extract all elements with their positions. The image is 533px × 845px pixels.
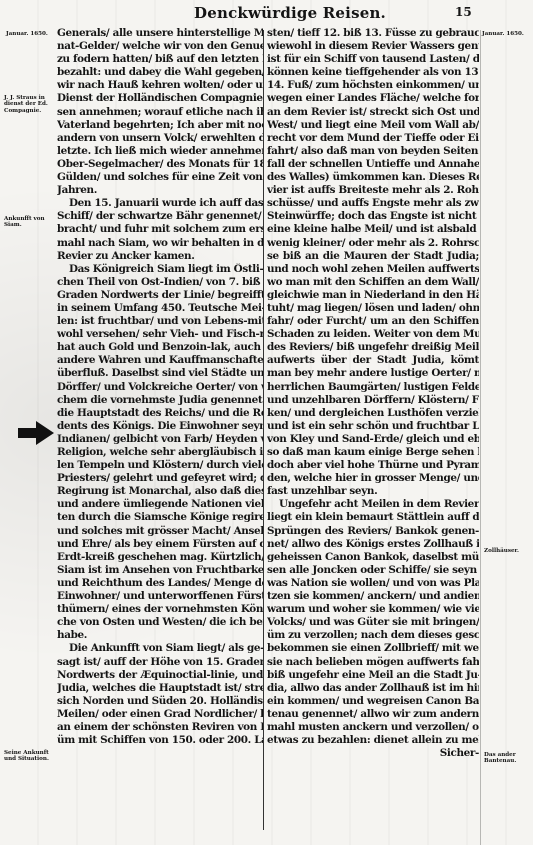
pointing-hand-icon bbox=[16, 420, 56, 446]
text-line: etwas zu bezahlen: dienet allein zu mehr… bbox=[267, 734, 479, 747]
text-line: sen annehmen; worauf etliche nach ihrem bbox=[57, 106, 263, 119]
text-line: und solches mit grösser Macht/ Ansehen bbox=[57, 525, 263, 538]
text-line: Nordwerts der Æquinoctial-linie, und bbox=[57, 669, 263, 682]
text-line: Vaterland begehrten; Ich aber mit noch bbox=[57, 119, 263, 132]
text-line: wo man mit den Schiffen an dem Wall/ bbox=[267, 276, 479, 289]
text-line: sten/ tieff 12. biß 13. Füsse zu gebrauc… bbox=[267, 27, 479, 40]
text-line: Sicher- bbox=[267, 747, 479, 760]
text-line: und ist ein sehr schön und fruchtbar Lan… bbox=[267, 420, 479, 433]
text-line: biß ungefehr eine Meil an die Stadt Ju- bbox=[267, 669, 479, 682]
text-line: Religion, welche sehr abergläubisch in v… bbox=[57, 446, 263, 459]
text-line: tenau genennet/ allwo wir zum andern bbox=[267, 708, 479, 721]
text-line: Das Königreich Siam liegt im Östli- bbox=[57, 263, 263, 276]
text-line: Steinwürffe; doch das Engste ist nicht ü… bbox=[267, 210, 479, 223]
text-line: in seinem Umfang 450. Teutsche Mei- bbox=[57, 302, 263, 315]
text-line: und andere ümliegende Nationen viel Zei- bbox=[57, 498, 263, 511]
text-line: bekommen sie einen Zollbrieff/ mit welch… bbox=[267, 642, 479, 655]
text-line: che von Osten und Westen/ die ich bereis… bbox=[57, 616, 263, 629]
text-line: Sprüngen des Reviers/ Bankok genen- bbox=[267, 525, 479, 538]
text-line: ein kommen/ und wegreisen Canon Ban- bbox=[267, 695, 479, 708]
right-column: sten/ tieff 12. biß 13. Füsse zu gebrauc… bbox=[267, 27, 479, 760]
text-line: Ober-Segelmacher/ des Monats für 18. bbox=[57, 158, 263, 171]
text-line: letzte. Ich ließ mich wieder annehmen fü… bbox=[57, 145, 263, 158]
text-line: Siam ist im Ansehen von Fruchtbarkeit/ bbox=[57, 564, 263, 577]
text-line: Meilen/ oder einen Grad Nordlicher/ lieg… bbox=[57, 708, 263, 721]
margin-rule bbox=[480, 30, 481, 845]
margin-note-zollhaus: Zollhäuser. bbox=[484, 548, 532, 554]
text-line: und Ehre/ als bey einem Fürsten auf dem bbox=[57, 538, 263, 551]
text-line: sie nach belieben mögen auffwerts fahren… bbox=[267, 656, 479, 669]
document-page: Denckwürdige Reisen. 15 Januar. 1650. Ja… bbox=[0, 0, 533, 845]
text-line: fahrt/ also daß man von beyden Seiten (i… bbox=[267, 145, 479, 158]
text-line: habe. bbox=[57, 629, 263, 642]
text-line: üm zu verzollen; nach dem dieses gescheh… bbox=[267, 629, 479, 642]
text-line: wir nach Hauß kehren wolten/ oder uns in bbox=[57, 79, 263, 92]
text-line: den, welche hier in grosser Menge/ und bbox=[267, 472, 479, 485]
text-line: net/ allwo des Königs erstes Zollhauß is… bbox=[267, 538, 479, 551]
text-line: vier ist auffs Breiteste mehr als 2. Roh… bbox=[267, 184, 479, 197]
text-line: tzen sie kommen/ anckern/ und andienen/ bbox=[267, 590, 479, 603]
text-line: len Tempeln und Klöstern/ durch viele bbox=[57, 459, 263, 472]
text-line: doch aber viel hohe Thürne und Pyrami- bbox=[267, 459, 479, 472]
text-line: sen alle Joncken oder Schiffe/ sie seyn … bbox=[267, 564, 479, 577]
text-line: Dörffer/ und Volckreiche Oerter/ von wel… bbox=[57, 381, 263, 394]
text-line: von Kley und Sand-Erde/ gleich und eben/ bbox=[267, 433, 479, 446]
text-line: man bey mehr andere lustige Oerter/ mit bbox=[267, 367, 479, 380]
text-line: sagt ist/ auff der Höhe von 15. Graden/ bbox=[57, 656, 263, 669]
margin-date-right: Januar. 1650. bbox=[482, 31, 524, 37]
text-line: und unzehlbaren Dörffern/ Klöstern/ Flek… bbox=[267, 394, 479, 407]
text-line: des Reviers/ biß ungefehr dreißig Meilen bbox=[267, 341, 479, 354]
text-line: an dem Revier ist/ streckt sich Ost und bbox=[267, 106, 479, 119]
text-line: dents des Königs. Die Einwohner seyn bbox=[57, 420, 263, 433]
column-divider bbox=[263, 30, 264, 830]
text-line: ten durch die Siamsche Könige regiret se… bbox=[57, 511, 263, 524]
text-line: 14. Fuß/ zum höchsten einkommen/ und das bbox=[267, 79, 479, 92]
text-line: chen Theil von Ost-Indien/ von 7. biß 8. bbox=[57, 276, 263, 289]
text-line: Die Ankunfft von Siam liegt/ als ge- bbox=[57, 642, 263, 655]
text-line: recht vor dem Mund der Tieffe oder Ein- bbox=[267, 132, 479, 145]
text-line: können keine tieffgehender als von 13. u… bbox=[267, 66, 479, 79]
text-line: Gülden/ und solches für eine Zeit von dr… bbox=[57, 171, 263, 184]
text-line: zu fodern hatten/ biß auf den letzten He… bbox=[57, 53, 263, 66]
text-line: Ungefehr acht Meilen in dem Revier bbox=[267, 498, 479, 511]
text-line: fast unzehlbar seyn. bbox=[267, 485, 479, 498]
text-line: und noch wohl zehen Meilen auffwerts/ al… bbox=[267, 263, 479, 276]
text-line: bezahlt: und dabey die Wahl gegeben/ ob bbox=[57, 66, 263, 79]
text-line: Einwohner/ und unterworffenen Fürsten- bbox=[57, 590, 263, 603]
text-line: Judia, welches die Hauptstadt ist/ strec… bbox=[57, 682, 263, 695]
text-line: wohl versehen/ sehr Vieh- und Fisch-reic… bbox=[57, 328, 263, 341]
text-line: Indianen/ gelbicht von Farb/ Heyden von bbox=[57, 433, 263, 446]
running-title: Denckwürdige Reisen. bbox=[180, 4, 400, 22]
text-line: hat auch Gold und Benzoin-lak, auch viel bbox=[57, 341, 263, 354]
text-line: fahr/ oder Furcht/ um an den Schiffen bbox=[267, 315, 479, 328]
text-line: Revier zu Ancker kamen. bbox=[57, 250, 263, 263]
margin-note-situation: Seine Ankunft und Situation. bbox=[4, 750, 50, 763]
text-line: liegt ein klein bemaurt Stättlein auff d… bbox=[267, 511, 479, 524]
text-line: so daß man kaum einige Berge sehen kan; bbox=[267, 446, 479, 459]
text-line: Schaden zu leiden. Weiter von dem Mund bbox=[267, 328, 479, 341]
margin-note-arrival: Ankunfft von Siam. bbox=[4, 216, 50, 229]
text-line: ist für ein Schiff von tausend Lasten/ d… bbox=[267, 53, 479, 66]
text-line: an einem der schönsten Reviren von Indie… bbox=[57, 721, 263, 734]
text-line: Graden Nordwerts der Linie/ begreifft bbox=[57, 289, 263, 302]
text-line: tuht/ mag liegen/ lösen und laden/ ohne … bbox=[267, 302, 479, 315]
margin-note-bantenau: Das ander Bantenau. bbox=[484, 752, 532, 765]
text-line: mahl musten anckern und verzollen/ ohne bbox=[267, 721, 479, 734]
text-line: mahl nach Siam, wo wir behalten in die bbox=[57, 237, 263, 250]
text-line: die Hauptstadt des Reichs/ und die Resi- bbox=[57, 407, 263, 420]
text-line: Generals/ alle unsere hinterstellige Mo- bbox=[57, 27, 263, 40]
text-line: bracht/ und fuhr mit solchem zum ersten- bbox=[57, 223, 263, 236]
text-line: üm mit Schiffen von 150. oder 200. La- bbox=[57, 734, 263, 747]
text-line: nat-Gelder/ welche wir von den Genuesern bbox=[57, 40, 263, 53]
text-line: aufwerts über der Stadt Judia, kömt bbox=[267, 354, 479, 367]
text-line: wenig kleiner/ oder mehr als 2. Rohrschü… bbox=[267, 237, 479, 250]
text-line: Erdt-kreiß geschehen mag. Kürtzlich/ bbox=[57, 551, 263, 564]
text-line: dia, allwo das ander Zollhauß ist im hin… bbox=[267, 682, 479, 695]
text-line: Den 15. Januarii wurde ich auff das bbox=[57, 197, 263, 210]
text-line: fall der schnellen Untieffe und Annahert bbox=[267, 158, 479, 171]
text-line: se biß an die Mauren der Stadt Judia; bbox=[267, 250, 479, 263]
text-line: des Walles) ümkommen kan. Dieses Re- bbox=[267, 171, 479, 184]
text-line: und Reichthum des Landes/ Menge der bbox=[57, 577, 263, 590]
text-line: thümern/ eines der vornehmsten Königrei- bbox=[57, 603, 263, 616]
text-line: warum und woher sie kommen/ wie viel bbox=[267, 603, 479, 616]
text-line: gleichwie man in Niederland in den Häfen bbox=[267, 289, 479, 302]
text-line: Dienst der Holländischen Compagnie las- bbox=[57, 92, 263, 105]
text-line: was Nation sie wollen/ und von was Pla- bbox=[267, 577, 479, 590]
text-line: Regirung ist Monarchal, also daß diese/ bbox=[57, 485, 263, 498]
text-line: Jahren. bbox=[57, 184, 263, 197]
text-line: wegen einer Landes Fläche/ welche fornen bbox=[267, 92, 479, 105]
text-line: Volcks/ und was Güter sie mit bringen/ bbox=[267, 616, 479, 629]
text-line: herrlichen Baumgärten/ lustigen Feldern/ bbox=[267, 381, 479, 394]
text-line: Schiff/ der schwartze Bähr genennet/ ge- bbox=[57, 210, 263, 223]
text-line: überfluß. Daselbst sind viel Städte und bbox=[57, 367, 263, 380]
text-line: len: ist fruchtbar/ und von Lebens-mitte… bbox=[57, 315, 263, 328]
page-number: 15 bbox=[455, 5, 472, 19]
text-line: Priesters/ gelehrt und gefeyret wird; di… bbox=[57, 472, 263, 485]
margin-date-left: Januar. 1650. bbox=[6, 31, 48, 37]
text-line: schüsse/ und auffs Engste mehr als zween bbox=[267, 197, 479, 210]
text-line: chem die vornehmste Judia genennet ist/ bbox=[57, 394, 263, 407]
text-line: wiewohl in diesem Revier Wassers genug bbox=[267, 40, 479, 53]
text-line: andere Wahren und Kauffmanschaften in bbox=[57, 354, 263, 367]
text-line: sich Norden und Süden 20. Holländische bbox=[57, 695, 263, 708]
left-column: Generals/ alle unsere hinterstellige Mo-… bbox=[57, 27, 263, 747]
text-line: West/ und liegt eine Meil vom Wall ab/ bbox=[267, 119, 479, 132]
text-line: ken/ und dergleichen Lusthöfen verziehre… bbox=[267, 407, 479, 420]
text-line: andern von unsern Volck/ erwehlten das bbox=[57, 132, 263, 145]
text-line: eine kleine halbe Meil/ und ist alsbald … bbox=[267, 223, 479, 236]
text-line: geheissen Canon Bankok, daselbst müs- bbox=[267, 551, 479, 564]
margin-note-strauss: J. J. Straus in dienst der Ed. Compagnie… bbox=[4, 95, 50, 114]
